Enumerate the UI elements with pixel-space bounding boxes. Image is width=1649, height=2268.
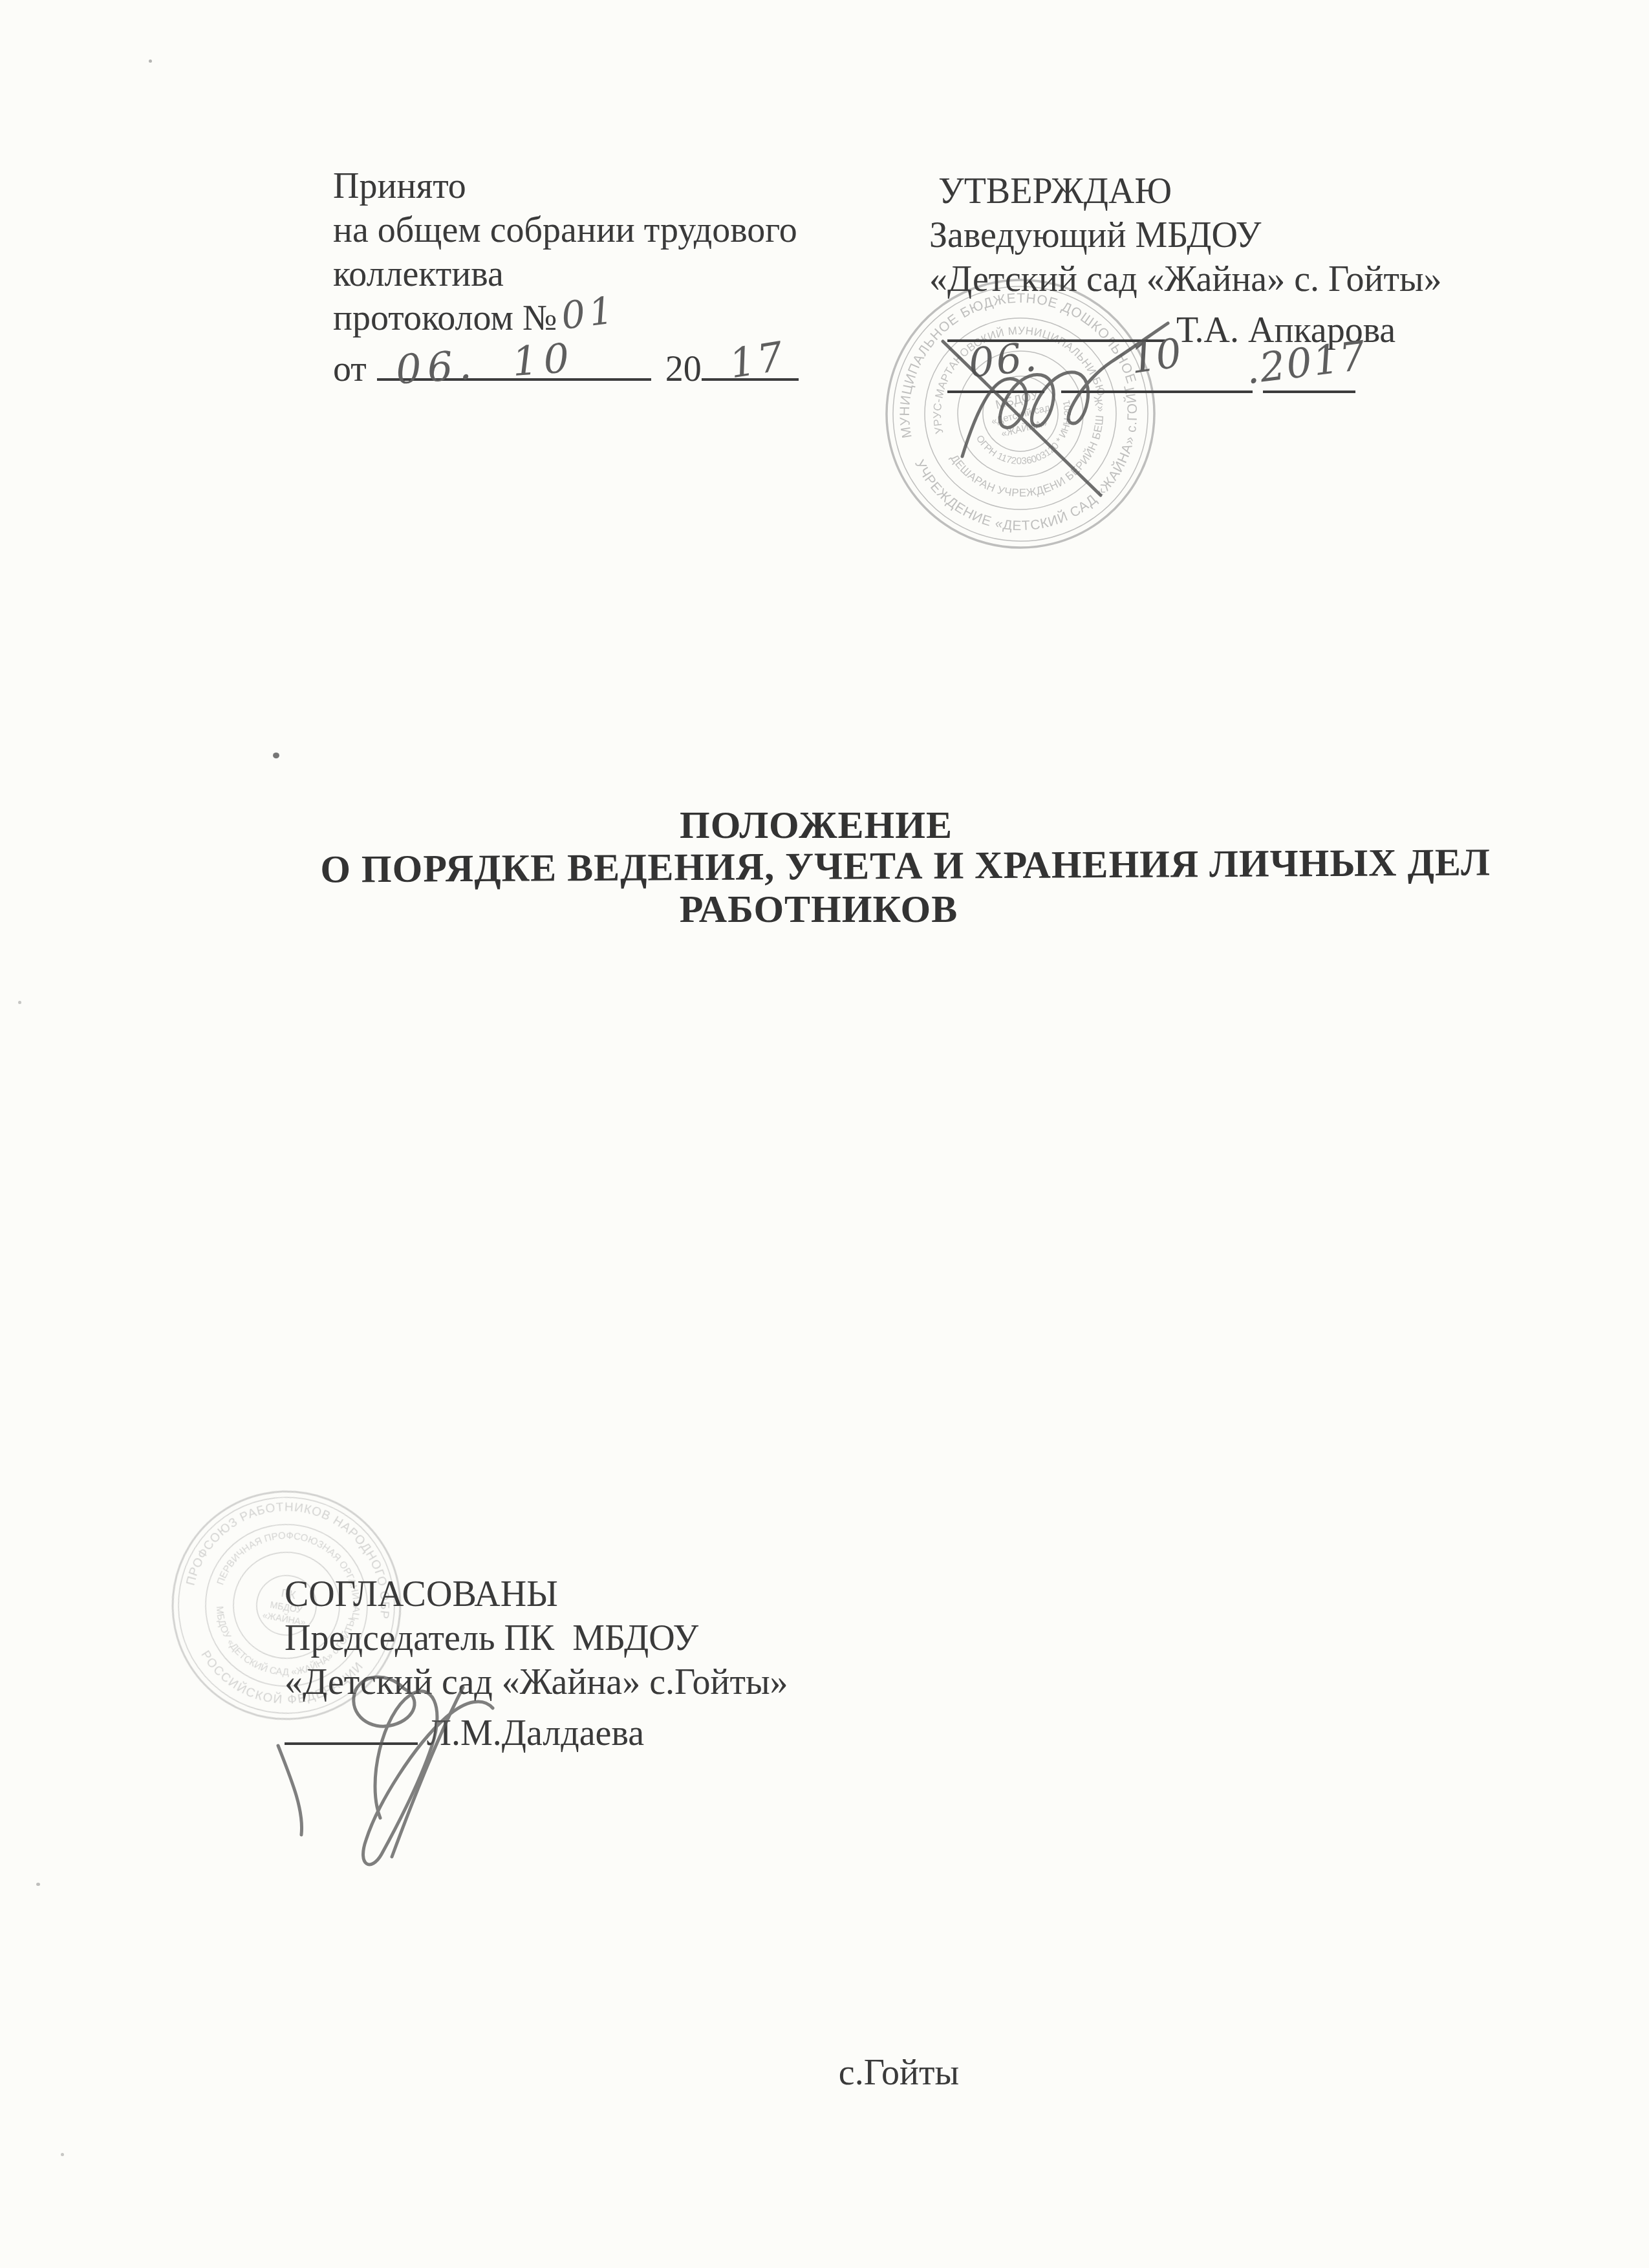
year-prefix: 20	[665, 349, 702, 389]
scan-speck	[18, 1001, 21, 1004]
agreed-line-1: СОГЛАСОВАНЫ	[285, 1572, 788, 1616]
place-name: с.Гойты	[839, 2051, 959, 2095]
place-line: с.Гойты	[839, 2051, 959, 2095]
approved-line-1: УТВЕРЖДАЮ	[929, 169, 1442, 213]
signature-daldaeva	[213, 1642, 511, 1881]
handwritten-protocol-number: 01	[559, 288, 619, 338]
document-title-line-3: РАБОТНИКОВ	[680, 888, 958, 930]
scan-speck	[36, 1883, 40, 1886]
scan-speck	[61, 2153, 64, 2156]
handwritten-year: 17	[726, 332, 789, 388]
scan-speck	[273, 753, 279, 758]
document-title-line-2: О ПОРЯДКЕ ВЕДЕНИЯ, УЧЕТА И ХРАНЕНИЯ ЛИЧН…	[320, 840, 1491, 890]
document-title-line-1: ПОЛОЖЕНИЕ	[680, 804, 953, 846]
approved-line-2: Заведующий МБДОУ	[929, 213, 1442, 257]
accepted-line-2: на общем собрании трудового	[333, 208, 799, 252]
from-label: от	[333, 349, 367, 389]
scan-speck	[149, 59, 152, 63]
protocol-number-label: протоколом №	[333, 298, 557, 338]
approve-word: УТВЕРЖДАЮ	[938, 171, 1172, 211]
accepted-line-1: Принято	[333, 164, 799, 208]
accepted-line-3: коллектива	[333, 252, 799, 296]
signature-apkarova	[905, 284, 1203, 517]
scanned-document-page: МУНИЦИПАЛЬНОЕ БЮДЖЕТНОЕ ДОШКОЛЬНОЕ ОБРАЗ…	[0, 0, 1649, 2268]
